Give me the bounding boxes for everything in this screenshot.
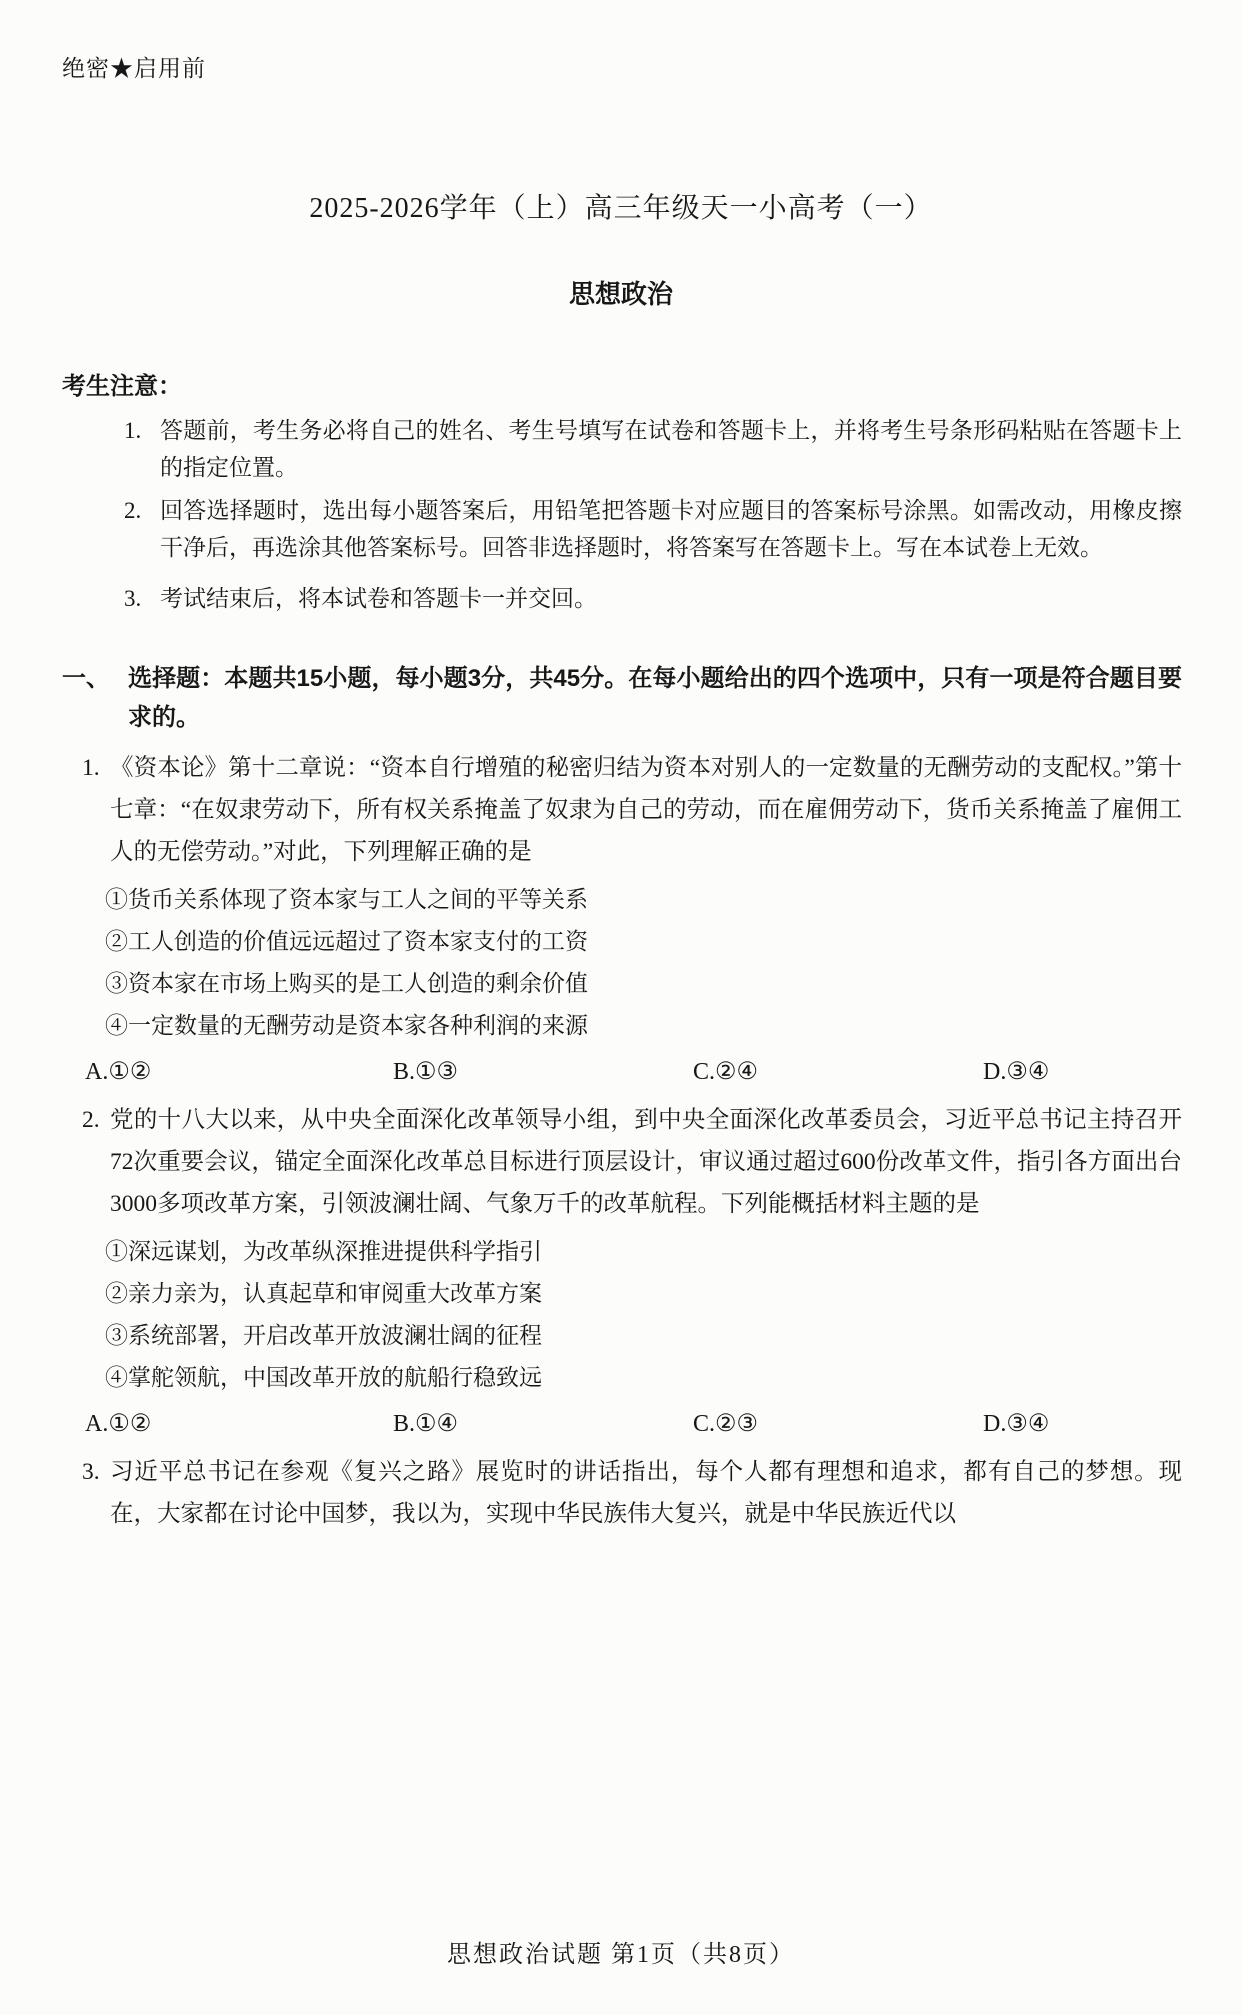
sub-option-1: ①深远谋划，为改革纵深推进提供科学指引	[62, 1237, 1182, 1267]
exam-content: 考生注意： 1. 答题前，考生务必将自己的姓名、考生号填写在试卷和答题卡上，并将…	[62, 372, 1182, 1535]
choice-b: B.①④	[393, 1407, 693, 1441]
question-stem-text: 《资本论》第十二章说：“资本自行增殖的秘密归结为资本对别人的一定数量的无酬劳动的…	[110, 755, 1182, 865]
sub-option-1: ①货币关系体现了资本家与工人之间的平等关系	[62, 885, 1182, 915]
question-number: 3.	[82, 1451, 100, 1493]
question-stem: 1. 《资本论》第十二章说：“资本自行增殖的秘密归结为资本对别人的一定数量的无酬…	[62, 747, 1182, 873]
exam-subject: 思想政治	[0, 274, 1242, 311]
exam-title: 2025-2026学年（上）高三年级天一小高考（一）	[0, 186, 1242, 226]
choice-a: A.①②	[85, 1055, 393, 1089]
notice-item-number: 1.	[124, 412, 141, 449]
answer-choices-row: A.①② B.①③ C.②④ D.③④	[62, 1055, 1182, 1089]
section-heading: 一、 选择题：本题共15小题，每小题3分，共45分。在每小题给出的四个选项中，只…	[62, 659, 1182, 737]
question-stem: 3. 习近平总书记在参观《复兴之路》展览时的讲话指出，每个人都有理想和追求，都有…	[62, 1451, 1182, 1535]
notice-heading: 考生注意：	[62, 372, 1182, 402]
answer-choices-row: A.①② B.①④ C.②③ D.③④	[62, 1407, 1182, 1441]
sub-option-4: ④一定数量的无酬劳动是资本家各种利润的来源	[62, 1011, 1182, 1041]
exam-page: 绝密★启用前 2025-2026学年（上）高三年级天一小高考（一） 思想政治 考…	[0, 0, 1242, 2015]
question-stem-text: 习近平总书记在参观《复兴之路》展览时的讲话指出，每个人都有理想和追求，都有自己的…	[110, 1459, 1182, 1527]
sub-option-2: ②亲力亲为，认真起草和审阅重大改革方案	[62, 1279, 1182, 1309]
question-sub-options: ①货币关系体现了资本家与工人之间的平等关系 ②工人创造的价值远远超过了资本家支付…	[62, 885, 1182, 1041]
choice-b: B.①③	[393, 1055, 693, 1089]
question-sub-options: ①深远谋划，为改革纵深推进提供科学指引 ②亲力亲为，认真起草和审阅重大改革方案 …	[62, 1237, 1182, 1393]
choice-a: A.①②	[85, 1407, 393, 1441]
sub-option-2: ②工人创造的价值远远超过了资本家支付的工资	[62, 927, 1182, 957]
choice-c: C.②③	[693, 1407, 983, 1441]
section-heading-text: 选择题：本题共15小题，每小题3分，共45分。在每小题给出的四个选项中，只有一项…	[128, 665, 1182, 731]
choice-d: D.③④	[983, 1407, 1182, 1441]
sub-option-3: ③资本家在市场上购买的是工人创造的剩余价值	[62, 969, 1182, 999]
question-number: 2.	[82, 1099, 100, 1141]
question-3: 3. 习近平总书记在参观《复兴之路》展览时的讲话指出，每个人都有理想和追求，都有…	[62, 1451, 1182, 1535]
notice-item: 1. 答题前，考生务必将自己的姓名、考生号填写在试卷和答题卡上，并将考生号条形码…	[62, 412, 1182, 486]
question-stem-text: 党的十八大以来，从中央全面深化改革领导小组，到中央全面深化改革委员会，习近平总书…	[110, 1107, 1182, 1217]
notice-item: 2. 回答选择题时，选出每小题答案后，用铅笔把答题卡对应题目的答案标号涂黑。如需…	[62, 492, 1182, 566]
page-footer: 思想政治试题 第1页（共8页）	[0, 1934, 1242, 1969]
notice-list: 1. 答题前，考生务必将自己的姓名、考生号填写在试卷和答题卡上，并将考生号条形码…	[62, 412, 1182, 617]
question-number: 1.	[82, 747, 100, 789]
sub-option-3: ③系统部署，开启改革开放波澜壮阔的征程	[62, 1321, 1182, 1351]
notice-item-number: 3.	[124, 580, 141, 617]
notice-item-number: 2.	[124, 492, 141, 529]
question-2: 2. 党的十八大以来，从中央全面深化改革领导小组，到中央全面深化改革委员会，习近…	[62, 1099, 1182, 1441]
section-number: 一、	[62, 659, 110, 698]
choice-c: C.②④	[693, 1055, 983, 1089]
question-stem: 2. 党的十八大以来，从中央全面深化改革领导小组，到中央全面深化改革委员会，习近…	[62, 1099, 1182, 1225]
notice-item-text: 考试结束后，将本试卷和答题卡一并交回。	[160, 586, 597, 611]
sub-option-4: ④掌舵领航，中国改革开放的航船行稳致远	[62, 1363, 1182, 1393]
notice-item-text: 答题前，考生务必将自己的姓名、考生号填写在试卷和答题卡上，并将考生号条形码粘贴在…	[160, 418, 1182, 480]
choice-d: D.③④	[983, 1055, 1182, 1089]
security-marking: 绝密★启用前	[62, 50, 206, 83]
notice-item-text: 回答选择题时，选出每小题答案后，用铅笔把答题卡对应题目的答案标号涂黑。如需改动，…	[160, 498, 1182, 560]
question-1: 1. 《资本论》第十二章说：“资本自行增殖的秘密归结为资本对别人的一定数量的无酬…	[62, 747, 1182, 1089]
notice-item: 3. 考试结束后，将本试卷和答题卡一并交回。	[62, 580, 1182, 617]
